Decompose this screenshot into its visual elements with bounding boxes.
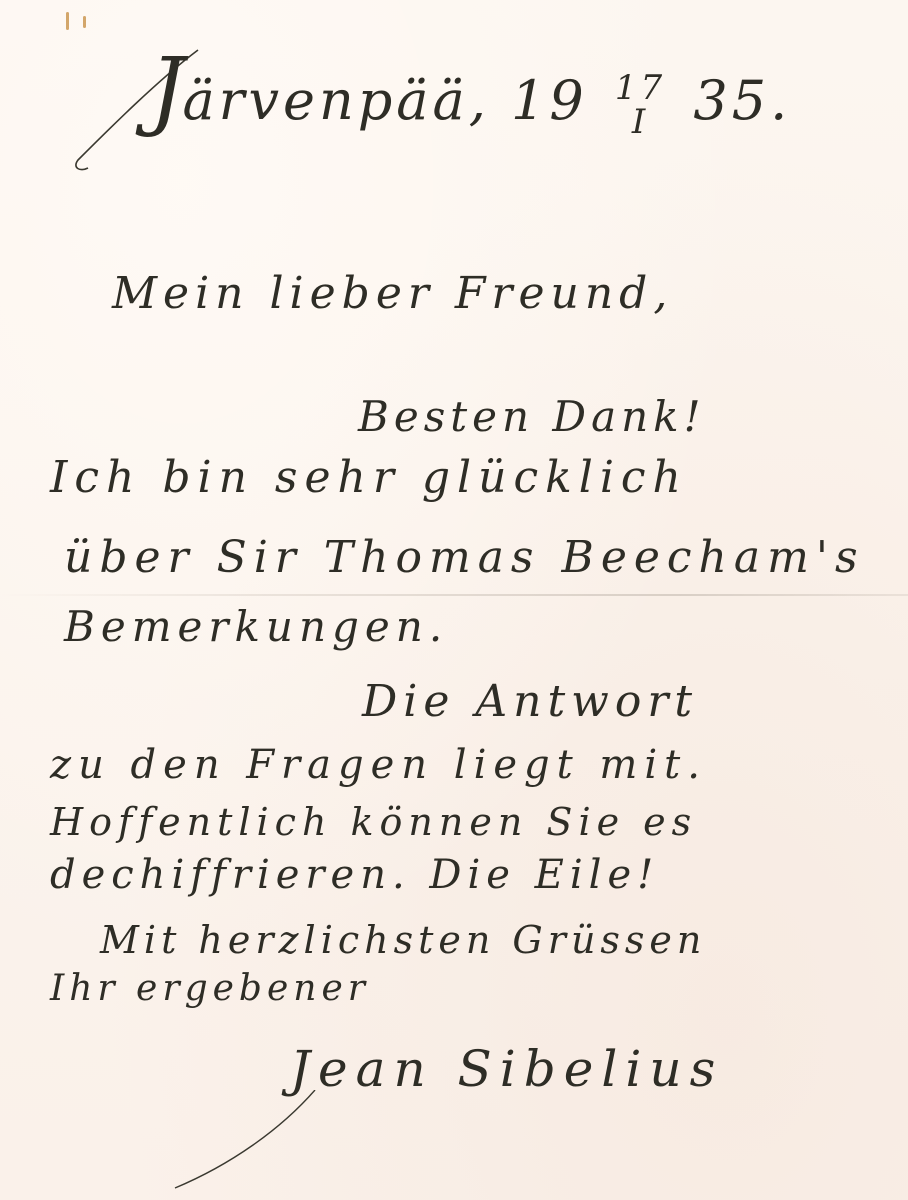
date-day: 17 xyxy=(615,71,666,105)
body-line: Besten Dank! xyxy=(358,392,706,441)
date-day-month: 17 I xyxy=(615,71,666,139)
body-line: über Sir Thomas Beecham's xyxy=(64,532,865,583)
body-line: dechiffrieren. Die Eile! xyxy=(50,852,659,898)
date-month: I xyxy=(632,105,649,139)
signature: Jean Sibelius xyxy=(290,1040,723,1098)
letter-page: Järvenpää, 19 17 I 35. Mein lieber Freun… xyxy=(0,0,908,1200)
body-line: Hoffentlich können Sie es xyxy=(50,800,697,844)
closing-line: Mit herzlichsten Grüssen xyxy=(100,918,706,962)
date-year-prefix: 19 xyxy=(511,69,588,132)
rust-mark xyxy=(66,12,69,30)
body-line: Bemerkungen. xyxy=(64,602,448,651)
signature-flourish-icon xyxy=(170,1090,320,1190)
letter-heading-place-date: Järvenpää, 19 17 I 35. xyxy=(150,40,791,140)
body-line: zu den Fragen liegt mit. xyxy=(50,742,707,788)
body-line: Ich bin sehr glücklich xyxy=(50,452,688,503)
date-year-suffix: 35. xyxy=(693,69,791,132)
rust-mark xyxy=(83,16,86,28)
body-line: Die Antwort xyxy=(362,676,698,727)
salutation: Mein lieber Freund, xyxy=(112,268,673,319)
place-name: ärvenpää, xyxy=(182,69,489,132)
closing-line: Ihr ergebener xyxy=(50,968,370,1009)
paper-fold-line xyxy=(0,594,908,596)
